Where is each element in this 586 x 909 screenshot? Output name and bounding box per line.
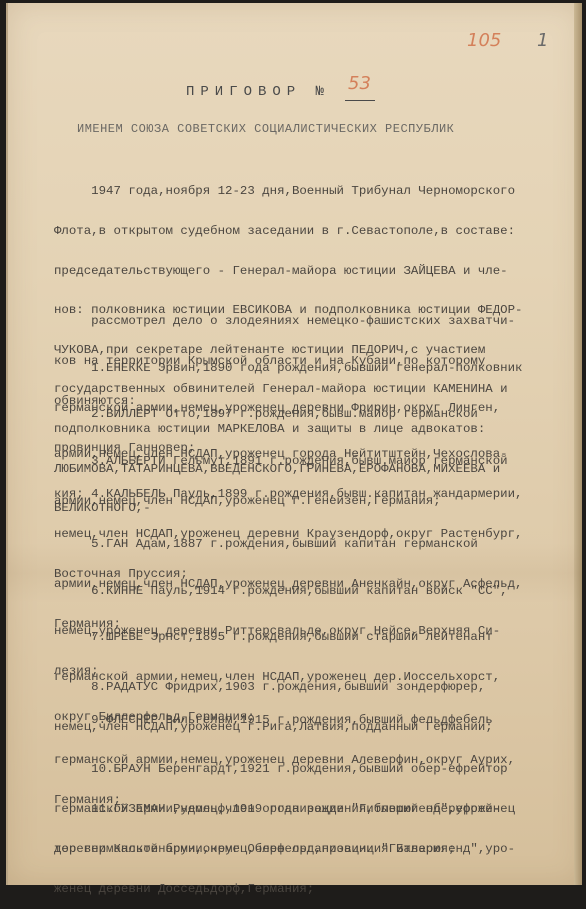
text-line: 1.ЕНЕККЕ Эрвин,1890 года рождения,бывший… (54, 362, 554, 375)
document-subtitle: ИМЕНЕМ СОЮЗА СОВЕТСКИХ СОЦИАЛИСТИЧЕСКИХ … (77, 122, 454, 136)
text-line: рассмотрел дело о злодеяниях немецко-фаш… (54, 315, 554, 328)
text-line: Флота,в открытом судебном заседании в г.… (54, 225, 554, 238)
document-title: ПРИГОВОР № (186, 84, 330, 100)
text-line: тор германской армии,немец,член организа… (54, 843, 554, 856)
text-line: 4.КАЛЬБЕЛЬ Пауль,1899 г.рождения,бывш.ка… (54, 488, 554, 501)
text-line: 11.ГУЗЕМАН Рудольф,1919 года рождения,бы… (54, 803, 554, 816)
archive-folio-number: 105 (467, 30, 501, 51)
text-line: 5.ГАН Адам,1887 г.рождения,бывший капита… (54, 538, 554, 551)
page-edge (574, 3, 582, 885)
defendant-entry-11: 11.ГУЗЕМАН Рудольф,1919 года рождения,бы… (54, 777, 554, 887)
archive-sheet-number: 1 (537, 30, 548, 51)
text-line: 9.ФЛЕСНЕР Вильгельм,1915 г.рождения,бывш… (54, 714, 554, 727)
text-line: 10.БРАУН Беренгардт,1921 г.рождения,бывш… (54, 763, 554, 776)
verdict-number: 53 (348, 73, 371, 94)
text-line: председательствующего - Генерал-майора ю… (54, 265, 554, 278)
number-underline (345, 100, 375, 101)
text-line: 1947 года,ноября 12-23 дня,Военный Трибу… (54, 185, 554, 198)
text-line: 7.ШРЕВЕ Эрнст,1895 г.рождения,бывший ста… (54, 631, 554, 644)
text-line: 6.КИННЕ Пауль,1914 г.рождения,бывший кап… (54, 585, 554, 598)
text-line: 2.ВИЛЛЕРТ Отто,1897 г.рождения,бывш.майо… (54, 408, 554, 421)
text-line: женец деревни Досседьдорф,Германия; (54, 883, 554, 887)
